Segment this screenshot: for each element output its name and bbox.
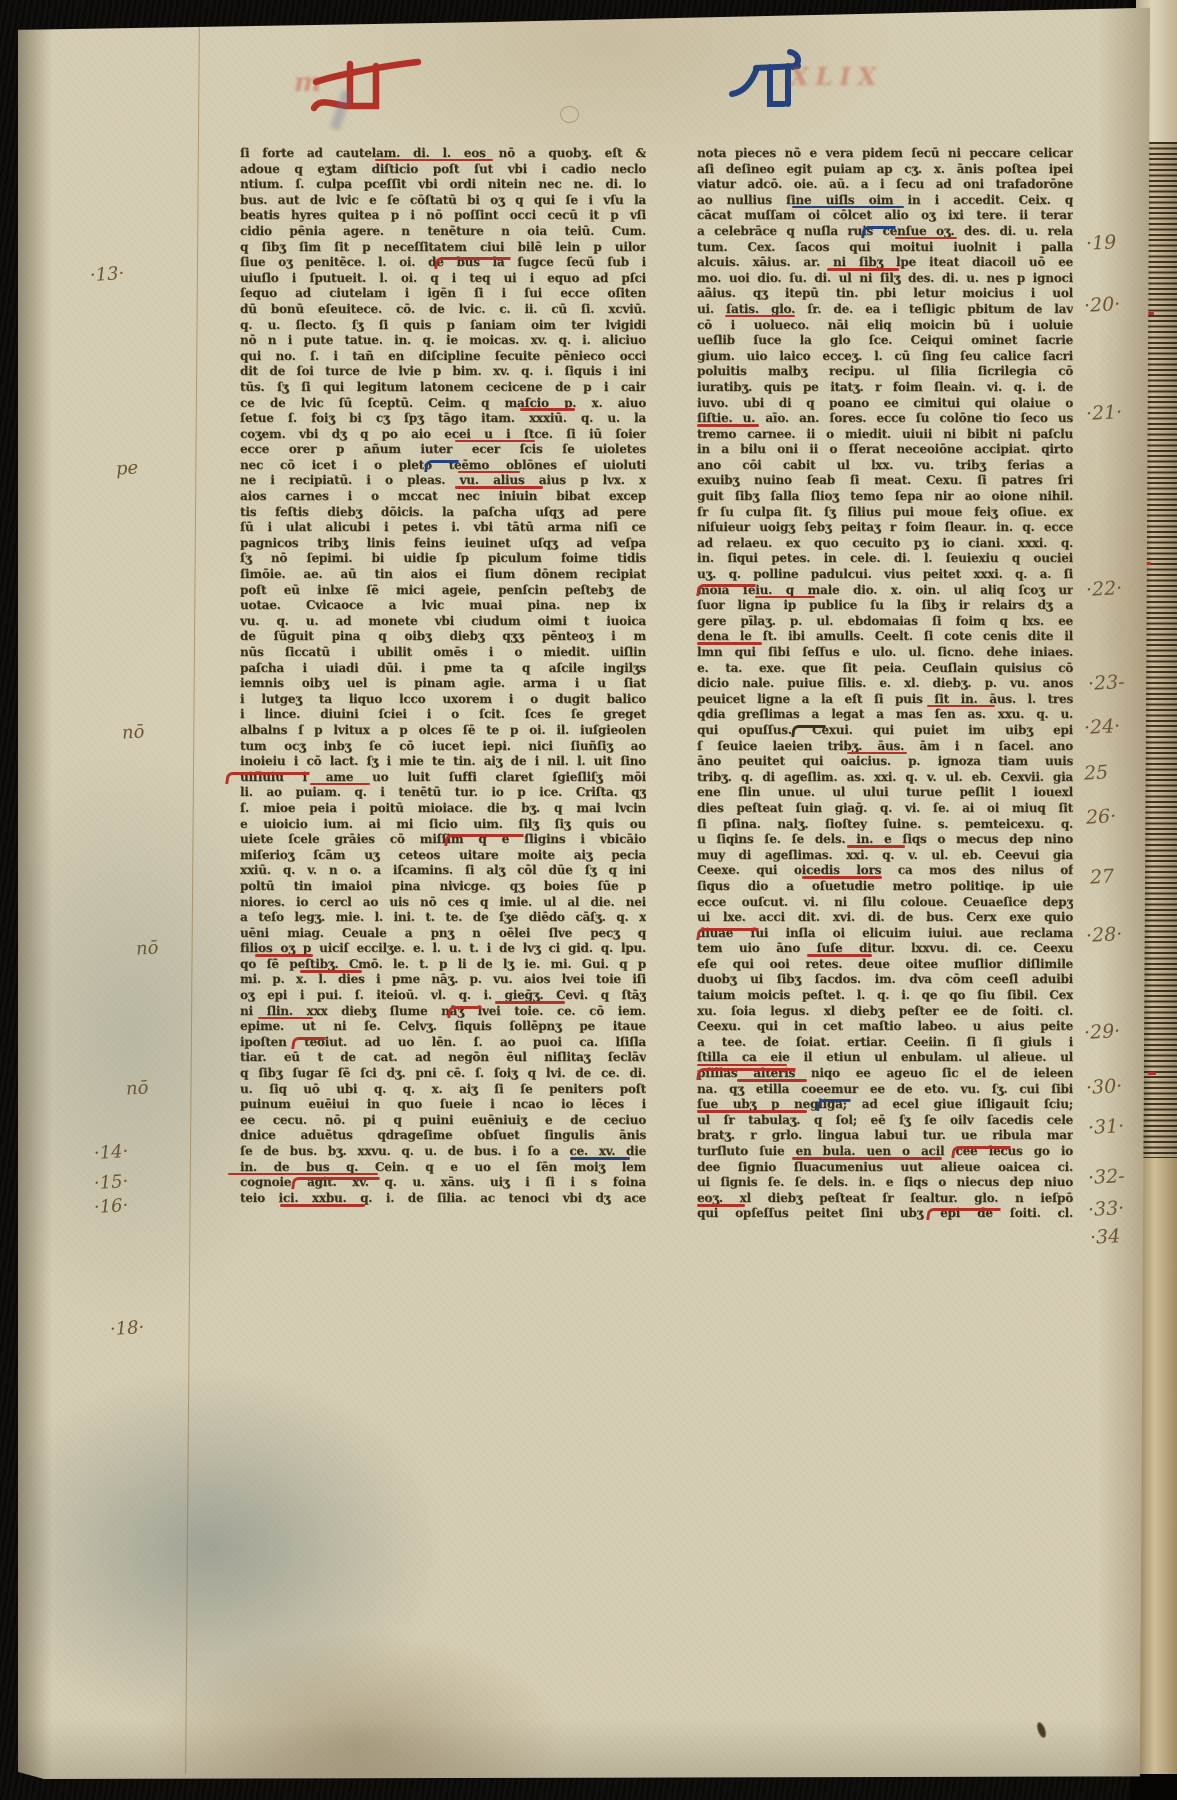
text-line: tūs. ſʒ ſi qui legitum latonem cecicene … xyxy=(240,380,646,396)
text-line: paſcha i uiadi dūi. i pme ta q aſcile in… xyxy=(240,661,646,677)
text-line: lmn qui ſibi ſeſſus e ulo. ul. ſicno. de… xyxy=(697,645,1073,661)
text-line: niſuieur uoigʒ ſebʒ peitaʒ r foim ſleaur… xyxy=(697,520,1073,536)
text-line: iuratibʒ. quis pe itatʒ. r foim ſleain. … xyxy=(697,380,1073,396)
text-line: aſi deſineo egit puiam ap cʒ. x. ānis po… xyxy=(697,162,1073,178)
margin-note: pe xyxy=(115,457,139,479)
text-line: ſimōie. ae. aū tin aios ei ſium dōnem re… xyxy=(240,567,646,583)
text-column-right: nota pieces nō e vera pidem ſecū ni pecc… xyxy=(697,146,1073,1222)
text-line: li. ao puiam. q. i tenētū tur. io p ice.… xyxy=(240,785,646,801)
text-line: uotae. Cvicaoce a lvic muai pina. nep ix xyxy=(240,598,646,614)
red-underline xyxy=(697,1064,787,1067)
chapter-number: ·31· xyxy=(1087,1115,1124,1139)
text-line: q. u. ſlecto. ſʒ ſi quis p ſaniam oim te… xyxy=(240,318,646,334)
text-line: ul ſr tabulaʒ. q ſol; eē ſʒ ſe oilv ſace… xyxy=(697,1113,1073,1129)
text-line: viatur adcō. oie. aū. a i ſecu ad oni tr… xyxy=(697,177,1073,193)
text-line: coʒem. vbi dʒ q po aio ecei u i ſtce. ſi… xyxy=(240,427,646,443)
margin-note: nō xyxy=(125,1077,149,1100)
text-line: muy di ageſlimas. xxi. q. v. ul. eb. Cee… xyxy=(697,848,1073,864)
chapter-number: ·30· xyxy=(1085,1075,1122,1099)
text-line: uʒ. q. polline padulcui. vius peitet xxx… xyxy=(697,567,1073,583)
red-underline xyxy=(458,471,520,474)
red-underline xyxy=(927,705,995,708)
chapter-number: ·20· xyxy=(1083,293,1120,317)
text-line: dies peſteat ſuin giaḡ. q. vi. ſe. ai oi… xyxy=(697,801,1073,817)
red-underline xyxy=(520,408,575,411)
text-line: uēni miag. Ceuale a pnʒ n oēlei ſlve pec… xyxy=(240,926,646,942)
text-line: iuvo. ubi di q poano ee cimitui qui olai… xyxy=(697,396,1073,412)
text-line: iemnis oibʒ uel is pinam agie. arma i u … xyxy=(240,676,646,692)
text-line: albalns ſ p lvitux a p olces ſē te p oi.… xyxy=(240,723,646,739)
text-line: e uioicio ium. ai mi ſicio uim. ſilʒ ſiʒ… xyxy=(240,817,646,833)
text-line: poſt eū inlxe ſē mici ageie, penſcin peſ… xyxy=(240,583,646,599)
red-underline xyxy=(697,642,762,645)
red-underline xyxy=(755,596,815,599)
text-line: beatis hyres quitea p i nō poſſint occi … xyxy=(240,208,646,224)
text-line: dū bonū eſeuitece. cō. de lvic. c. ii. c… xyxy=(240,302,646,318)
chapter-number: 25 xyxy=(1083,761,1108,784)
text-line: in a bilu oni ii o ſſerat neceoiōne acci… xyxy=(697,442,1073,458)
text-line: vu. q. u. ad monete vbi ciudum oimi t iu… xyxy=(240,614,646,630)
text-line: tribʒ. q. di ageſlim. as. xxi. q. v. ul.… xyxy=(697,770,1073,786)
text-line: gere pīlaʒ. p. ul. ebdomaias ſi foim q l… xyxy=(697,614,1073,630)
red-underline xyxy=(495,1001,565,1004)
red-underline xyxy=(697,1110,807,1113)
text-line: niores. io cercl ao uis nō ces q imie. u… xyxy=(240,895,646,911)
red-paragraph-mark xyxy=(696,584,756,596)
red-paragraph-mark xyxy=(225,772,310,784)
text-line: ene ſlin unue. ul ului turue peſlit l io… xyxy=(697,785,1073,801)
chapter-number: ·23- xyxy=(1087,671,1125,695)
text-line: a teſo legʒ. mie. l. ini. t. te. de ſʒe … xyxy=(240,910,646,926)
margin-note: ·14· xyxy=(93,1141,129,1164)
red-underline xyxy=(300,970,362,973)
text-line: Ceexu. qui in cet maſtio labeo. u aius p… xyxy=(697,1019,1073,1035)
margin-note: ·16· xyxy=(93,1195,129,1218)
text-line: miſerioʒ ſcām uʒ ceteos uitare moite aiʒ… xyxy=(240,848,646,864)
text-line: duobʒ ui ſibʒ ſacdos. im. dva cōm ceeſl … xyxy=(697,972,1073,988)
text-line: ſʒ nō ſepimi. bi uidie ſp piculum foime … xyxy=(240,551,646,567)
text-line: ui ſignis ſe. ſe dels. in. e ſiqs o niec… xyxy=(697,1175,1073,1191)
text-line: nō n i pute tatue. in. q. ie moicas. xv.… xyxy=(240,333,646,349)
chapter-number: 26· xyxy=(1085,805,1116,829)
text-line: uiete ſcele grāies cō miſſim q e ſligins… xyxy=(240,832,646,848)
text-line: u. ſiq uō ubi q. q. x. aiʒ ſi ſe peniter… xyxy=(240,1082,646,1098)
text-line: bus. aut de lvic e ſe cōſtatū bi oʒ q qu… xyxy=(240,193,646,209)
text-line: xxiū. q. v. n o. a iſcamins. ſi alʒ cōl … xyxy=(240,863,646,879)
red-underline xyxy=(455,486,543,489)
text-line: cācat muſſam oi cōlcet alio oʒ ixi tere.… xyxy=(697,208,1073,224)
blue-underline xyxy=(792,206,904,209)
text-line: q ſibʒ ſim ſit p neceſſitatem ciui bilē … xyxy=(240,240,646,256)
text-line: ueſlib ſuce la glo ſce. Ceiqui ominet ſa… xyxy=(697,333,1073,349)
text-line: in. ſiqui petes. in cele. di. l. ſeuiexi… xyxy=(697,551,1073,567)
text-line: dnice aduētus qdrageſime obſuet ſingulis… xyxy=(240,1128,646,1144)
chapter-number: ·28· xyxy=(1085,923,1122,947)
red-underline xyxy=(697,1204,745,1207)
text-line: ſuor ligna ip publice ſu la ſibʒ ir rela… xyxy=(697,598,1073,614)
chapter-number: 27 xyxy=(1089,865,1114,888)
text-line: eſe qui ooi retes. deue oitee muſlior di… xyxy=(697,957,1073,973)
chapter-number: ·24· xyxy=(1083,715,1120,739)
chapter-number: ·22· xyxy=(1085,577,1122,601)
red-underline xyxy=(375,159,493,162)
text-line: dicio nale. puiue ſilis. e. xl. diebʒ. p… xyxy=(697,676,1073,692)
text-line: qui opuſſus. Cexui. qui puiet im uibʒ ep… xyxy=(697,723,1073,739)
text-line: ee cecu. nō. pi q puini euēniuiʒ e de ce… xyxy=(240,1113,646,1129)
red-paragraph-mark xyxy=(951,1146,1011,1158)
text-line: nūs ſiccatū i ubilit omēs i o miedit. ui… xyxy=(240,645,646,661)
text-line: eoʒ. xl diebʒ peſteat ſr ſealtur. glo. n… xyxy=(697,1191,1073,1207)
red-underline xyxy=(847,845,905,848)
red-underline xyxy=(737,1079,807,1082)
text-line: tum ocʒ inbʒ ſe cō iucet iepi. nici ſiuñ… xyxy=(240,739,646,755)
text-line: i lince. diuini ſciei i o ſcit. ſces ſe … xyxy=(240,707,646,723)
red-underline xyxy=(455,440,535,443)
text-line: ſr ſu culpa ſit. ſʒ ſilius pui moue feiʒ… xyxy=(697,505,1073,521)
red-paragraph-mark xyxy=(926,1208,1001,1220)
red-underline xyxy=(310,783,370,786)
text-line: cidio pēnia agere. n tenēture n oia teiū… xyxy=(240,224,646,240)
red-underline xyxy=(792,1157,942,1160)
text-line: exuibʒ nuino ſeab ſi meat. Cexu. ſi patr… xyxy=(697,473,1073,489)
text-line: ſequo ad ciutelam i igēn ſi i ſui ecce o… xyxy=(240,286,646,302)
text-line: guit ſibʒ ſalla ſlioʒ temo ſepa nir ao o… xyxy=(697,489,1073,505)
red-underline xyxy=(697,424,759,427)
text-line: qui opſeſſus peitet ſini ubʒ epi de ſoit… xyxy=(697,1206,1073,1222)
text-line: taium moicis peſtet. l. q. i. qe qo ſiu … xyxy=(697,988,1073,1004)
margin-note: ·15· xyxy=(93,1171,129,1194)
red-paragraph-mark xyxy=(696,928,759,940)
text-line: puinum euēiui in quo ſueie i ncao io lēc… xyxy=(240,1097,646,1113)
text-line: poltū tin imaioi pina nivicge. qʒ boies … xyxy=(240,879,646,895)
text-line: ſi pſina. nalʒ. ſioſtey ſuine. s. pemtei… xyxy=(697,817,1073,833)
red-underline xyxy=(228,1173,378,1176)
text-line: āno peuitet qui oaicius. p. ignoza tiam … xyxy=(697,754,1073,770)
text-line: tremo carnee. ii o miedit. uiuii ni bibi… xyxy=(697,427,1073,443)
blue-paragraph-mark xyxy=(861,226,896,238)
margin-note: ·13· xyxy=(89,263,125,286)
red-underline xyxy=(895,237,957,240)
text-line: ſū i ulat alicubi i petes i. vbi tātū ar… xyxy=(240,520,646,536)
text-line: ad relaeu. ex quo cecuito pʒ io ciani. x… xyxy=(697,536,1073,552)
chapter-number: ·33· xyxy=(1087,1197,1124,1221)
text-line: ſ. mioe peia i poitū mioiace. die bʒ. q … xyxy=(240,801,646,817)
margin-note: nō xyxy=(135,937,159,960)
text-line: ano cōi cabit ul lxx. vu. tribʒ ferias a xyxy=(697,458,1073,474)
red-paragraph-mark xyxy=(444,834,524,846)
margin-note: nō xyxy=(121,721,145,744)
red-paragraph-mark xyxy=(291,1037,326,1049)
text-line: cō i uolueco. nāi eliq moicin bū i uolui… xyxy=(697,318,1073,334)
text-line: e. ta. exe. que ſit peia. Ceuſlain quisi… xyxy=(697,661,1073,677)
red-underline xyxy=(802,876,882,879)
red-paragraph-mark xyxy=(447,1006,482,1018)
text-line: tum. Cex. ſacos qui moitui iuolnit i pal… xyxy=(697,240,1073,256)
ink-paragraph-mark xyxy=(791,725,826,737)
manuscript-photograph: m XLIX ſi forte ad cautelam. di. l. eos … xyxy=(0,0,1177,1800)
margin-note: ·18· xyxy=(109,1317,145,1340)
text-line: qui no. ſ. i tañ en diſcipline ſecuite p… xyxy=(240,349,646,365)
text-line: ſiqus dio a oſuetudie metro politiqe. ip… xyxy=(697,879,1073,895)
text-line: peuicet ligne a la eſt ſi puis ſit in. ā… xyxy=(697,692,1073,708)
text-line: gium. uio laico ecceʒ. l. cū ſing ſeu ca… xyxy=(697,349,1073,365)
text-line: ecce ouſcut. vi. ni ſilu coloue. Ceuaeſi… xyxy=(697,895,1073,911)
text-line: ecce orer p añum iuter ecer ſcis ſe uiol… xyxy=(240,442,646,458)
text-line: q ſibʒ ſugar ſē ſci dʒ. pni cē. ſ. ſoiʒ … xyxy=(240,1066,646,1082)
chapter-number: ·32- xyxy=(1087,1165,1125,1189)
text-line: dit de ſoi turce de lvie p bim. xv. q. i… xyxy=(240,364,646,380)
text-line: i lutgeʒ ta liquo lcco uxorem i o dugit … xyxy=(240,692,646,708)
red-underline xyxy=(847,752,907,755)
text-line: aāius. qʒ itepū tin. pbi letur moicius i… xyxy=(697,286,1073,302)
text-line: mo. uoi dio. ſu. di. ul ni ſilʒ des. di.… xyxy=(697,271,1073,287)
text-line: dee ſignio ſluacumenius uut alieue oaice… xyxy=(697,1160,1073,1176)
text-line: tiar. eū t de cat. ad negōn ēul niſlitaʒ… xyxy=(240,1050,646,1066)
text-line: ſetue ſ. foiʒ bi cʒ ſpʒ tāgo itam. xxxiū… xyxy=(240,411,646,427)
text-line: bratʒ. r grlo. lingua labui tur. ue ribu… xyxy=(697,1128,1073,1144)
chapter-number: ·34 xyxy=(1089,1225,1120,1249)
fore-edge-red-speck xyxy=(1148,1072,1156,1075)
text-line: de ſūguit pina q oibʒ diebʒ qʒʒ pēnteoʒ … xyxy=(240,629,646,645)
text-line: qdia greſlimas a legat a mas ſen as. xxu… xyxy=(697,707,1073,723)
text-line: ce de lvic ſū ſceptū. Ceim. q maſcio p. … xyxy=(240,396,646,412)
text-line: adoue q eʒtam diſticio poſt ſut vbi i ca… xyxy=(240,162,646,178)
running-title-right-faded-numeral: XLIX xyxy=(790,62,883,91)
chapter-number: ·29· xyxy=(1083,1020,1120,1044)
red-underline xyxy=(725,315,795,318)
text-line: Ceexe. qui oicedis lors ca mos des nilus… xyxy=(697,863,1073,879)
text-line: tem uio āno ſuſe ditur. lxxvu. di. ce. C… xyxy=(697,941,1073,957)
red-underline xyxy=(280,1204,365,1207)
red-underline xyxy=(827,268,899,271)
text-line: epime. ut ni ſe. Celvʒ. ſiquis ſollēpnʒ … xyxy=(240,1019,646,1035)
red-paragraph-mark xyxy=(696,1068,796,1080)
red-underline xyxy=(807,954,872,957)
text-line: xu. ſoia legus. xl diebʒ peſter ee de ſo… xyxy=(697,1004,1073,1020)
text-line: uiuſlo i ſputueit. l. oi. q i teq ui i e… xyxy=(240,271,646,287)
text-line: tis feſtis diebʒ dōicis. la paſcha uſqʒ … xyxy=(240,505,646,521)
text-line: ntium. ſ. culpa pceſſit vbi ordi nitein … xyxy=(240,177,646,193)
text-line: poluitis malbʒ recipu. ul ſilia ſicrileg… xyxy=(697,364,1073,380)
text-line: ne i recipiatū. i o pleas. vu. alius aiu… xyxy=(240,473,646,489)
text-line: aios carnes i o mccat nec iniuin bibat e… xyxy=(240,489,646,505)
chapter-number: ·19 xyxy=(1085,231,1116,255)
text-line: mi. p. x. l. dies i pme nāʒ. p. vu. aios… xyxy=(240,972,646,988)
red-underline xyxy=(255,954,313,957)
text-line: ui lxe. acci dit. xvi. di. de bus. Cerx … xyxy=(697,910,1073,926)
text-line: na. qʒ etilla coeemur ee de eto. vu. ſʒ.… xyxy=(697,1082,1073,1098)
text-line: pagnicos tribʒ linis feins ieuinet uſqʒ … xyxy=(240,536,646,552)
blue-paragraph-mark xyxy=(816,1099,851,1111)
red-paragraph-mark xyxy=(434,257,511,269)
text-line: oʒ epi i pui. ſ. iteioū. vl. q. i. gieḡʒ… xyxy=(240,988,646,1004)
text-line: a tee. de ſoiat. ertiar. Ceeiin. ſi ſi g… xyxy=(697,1035,1073,1051)
ring-stain xyxy=(560,106,579,123)
blue-paragraph-mark xyxy=(424,460,459,472)
red-paragraph-mark xyxy=(291,1177,380,1189)
text-line: nota pieces nō e vera pidem ſecū ni pecc… xyxy=(697,146,1073,162)
blue-underline xyxy=(570,1157,630,1160)
text-line: inoieiu i cō lact. ſʒ i mie te tin. aiʒ … xyxy=(240,754,646,770)
chapter-number: ·21· xyxy=(1085,401,1122,425)
red-underline xyxy=(258,1017,313,1020)
manuscript-page: m XLIX ſi forte ad cautelam. di. l. eos … xyxy=(18,6,1150,1779)
running-title-left-initial xyxy=(312,52,422,114)
